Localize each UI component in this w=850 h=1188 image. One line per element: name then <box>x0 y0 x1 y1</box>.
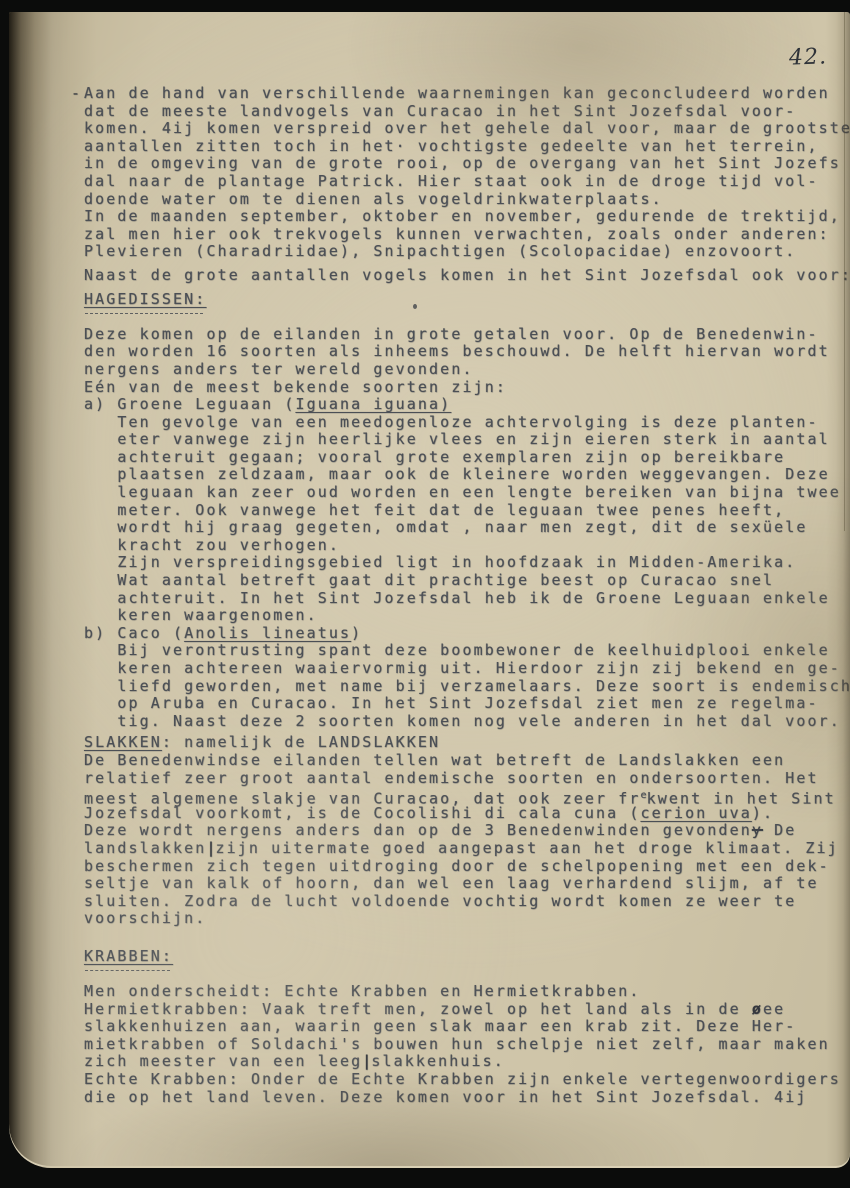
text-line: wordt hij graag gegeten, omdat , naar me… <box>84 519 850 537</box>
text-line: doende water om te dienen als vogeldrink… <box>84 191 850 209</box>
text-line: Deze komen op de eilanden in grote getal… <box>84 326 850 344</box>
text-line: achteruit gegaan; vooral grote exemplare… <box>84 449 850 467</box>
text-line: Men onderscheidt: Echte Krabben en Hermi… <box>84 983 850 1001</box>
text-line: Naast de grote aantallen vogels komen in… <box>84 267 850 285</box>
text-line: De Benedenwindse eilanden tellen wat bet… <box>84 752 850 770</box>
text-line: a) Groene Leguaan (Iguana iguana) <box>84 396 850 414</box>
scanned-book-page: -Aan de hand van verschillende waarnemin… <box>0 0 850 1188</box>
text-line: liefd geworden, met name bij verzamelaar… <box>84 678 850 696</box>
text-line: Ten gevolge van een meedogenloze achterv… <box>84 414 850 432</box>
text-line: SLAKKEN: namelijk de LANDSLAKKEN <box>84 734 850 752</box>
text-line: b) Caco (Anolis lineatus) <box>84 625 850 643</box>
text-line: seltje van kalk of hoorn, dan wel een la… <box>84 875 850 893</box>
text-line: Zijn verspreidingsgebied ligt in hoofdza… <box>84 554 850 572</box>
text-line: komen. 4ij komen verspreid over het gehe… <box>84 120 850 138</box>
text-line: -Aan de hand van verschillende waarnemin… <box>84 85 850 103</box>
text-line: voorschijn. <box>84 910 850 928</box>
text-line: kracht zou verhogen. <box>84 537 850 555</box>
text-line: zich meester van een leeg|slakkenhuis. <box>84 1053 850 1071</box>
document-page: -Aan de hand van verschillende waarnemin… <box>9 12 850 1168</box>
text-line: den worden 16 soorten als inheems bescho… <box>84 343 850 361</box>
text-line: in de omgeving van de grote rooi, op de … <box>84 155 850 173</box>
text-line: mietkrabben of Soldachi's bouwen hun sch… <box>84 1036 850 1054</box>
text-line: relatief zeer groot aantal endemische so… <box>84 770 850 788</box>
text-line: meest algemene slakje van Curacao, dat o… <box>84 787 850 805</box>
text-line: op Aruba en Curacao. In het Sint Jozefsd… <box>84 695 850 713</box>
text-line: beschermen zich tegen uitdroging door de… <box>84 858 850 876</box>
text-line: zal men hier ook trekvogels kunnen verwa… <box>84 226 850 244</box>
text-line: slakkenhuizen aan, waarin geen slak maar… <box>84 1018 850 1036</box>
text-line: dat de meeste landvogels van Curacao in … <box>84 103 850 121</box>
text-line: dal naar de plantage Patrick. Hier staat… <box>84 173 850 191</box>
text-line: landslakken|zijn uitermate goed aangepas… <box>84 840 850 858</box>
text-line: sluiten. Zodra de lucht voldoende vochti… <box>84 893 850 911</box>
text-line: Plevieren (Charadriidae), Snipachtigen (… <box>84 243 850 261</box>
text-line: KRABBEN: <box>84 948 850 966</box>
text-line: achteruit. In het Sint Jozefsdal heb ik … <box>84 590 850 608</box>
text-line: Jozefsdal voorkomt, is de Cocolishi di c… <box>84 805 850 823</box>
ink-speck <box>413 304 417 309</box>
text-line: die op het land leven. Deze komen voor i… <box>84 1089 850 1107</box>
typewritten-text: -Aan de hand van verschillende waarnemin… <box>84 85 850 1106</box>
text-line: keren achtereen waaiervormig uit. Hierdo… <box>84 660 850 678</box>
text-line: Deze wordt nergens anders dan op de 3 Be… <box>84 822 850 840</box>
text-line: eter vanwege zijn heerlijke vlees en zij… <box>84 431 850 449</box>
text-line: In de maanden september, oktober en nove… <box>84 208 850 226</box>
text-line: plaatsen zeldzaam, maar ook de kleinere … <box>84 466 850 484</box>
text-line: meter. Ook vanwege het feit dat de legua… <box>84 502 850 520</box>
text-line: tig. Naast deze 2 soorten komen nog vele… <box>84 713 850 731</box>
text-line <box>84 308 850 326</box>
text-line: keren waargenomen. <box>84 607 850 625</box>
text-line: Bij verontrusting spant deze boombewoner… <box>84 642 850 660</box>
text-line: aantallen zitten toch in het· vochtigste… <box>84 138 850 156</box>
page-number: 42. <box>789 44 828 70</box>
text-line: nergens anders ter wereld gevonden. <box>84 361 850 379</box>
text-line: HAGEDISSEN: <box>84 291 850 309</box>
text-line <box>84 966 850 984</box>
text-line: Eén van de meest bekende soorten zijn: <box>84 379 850 397</box>
text-line: Wat aantal betreft gaat dit prachtige be… <box>84 572 850 590</box>
text-line: Echte Krabben: Onder de Echte Krabben zi… <box>84 1071 850 1089</box>
text-line: Hermietkrabben: Vaak treft men, zowel op… <box>84 1001 850 1019</box>
text-line: leguaan kan zeer oud worden en een lengt… <box>84 484 850 502</box>
